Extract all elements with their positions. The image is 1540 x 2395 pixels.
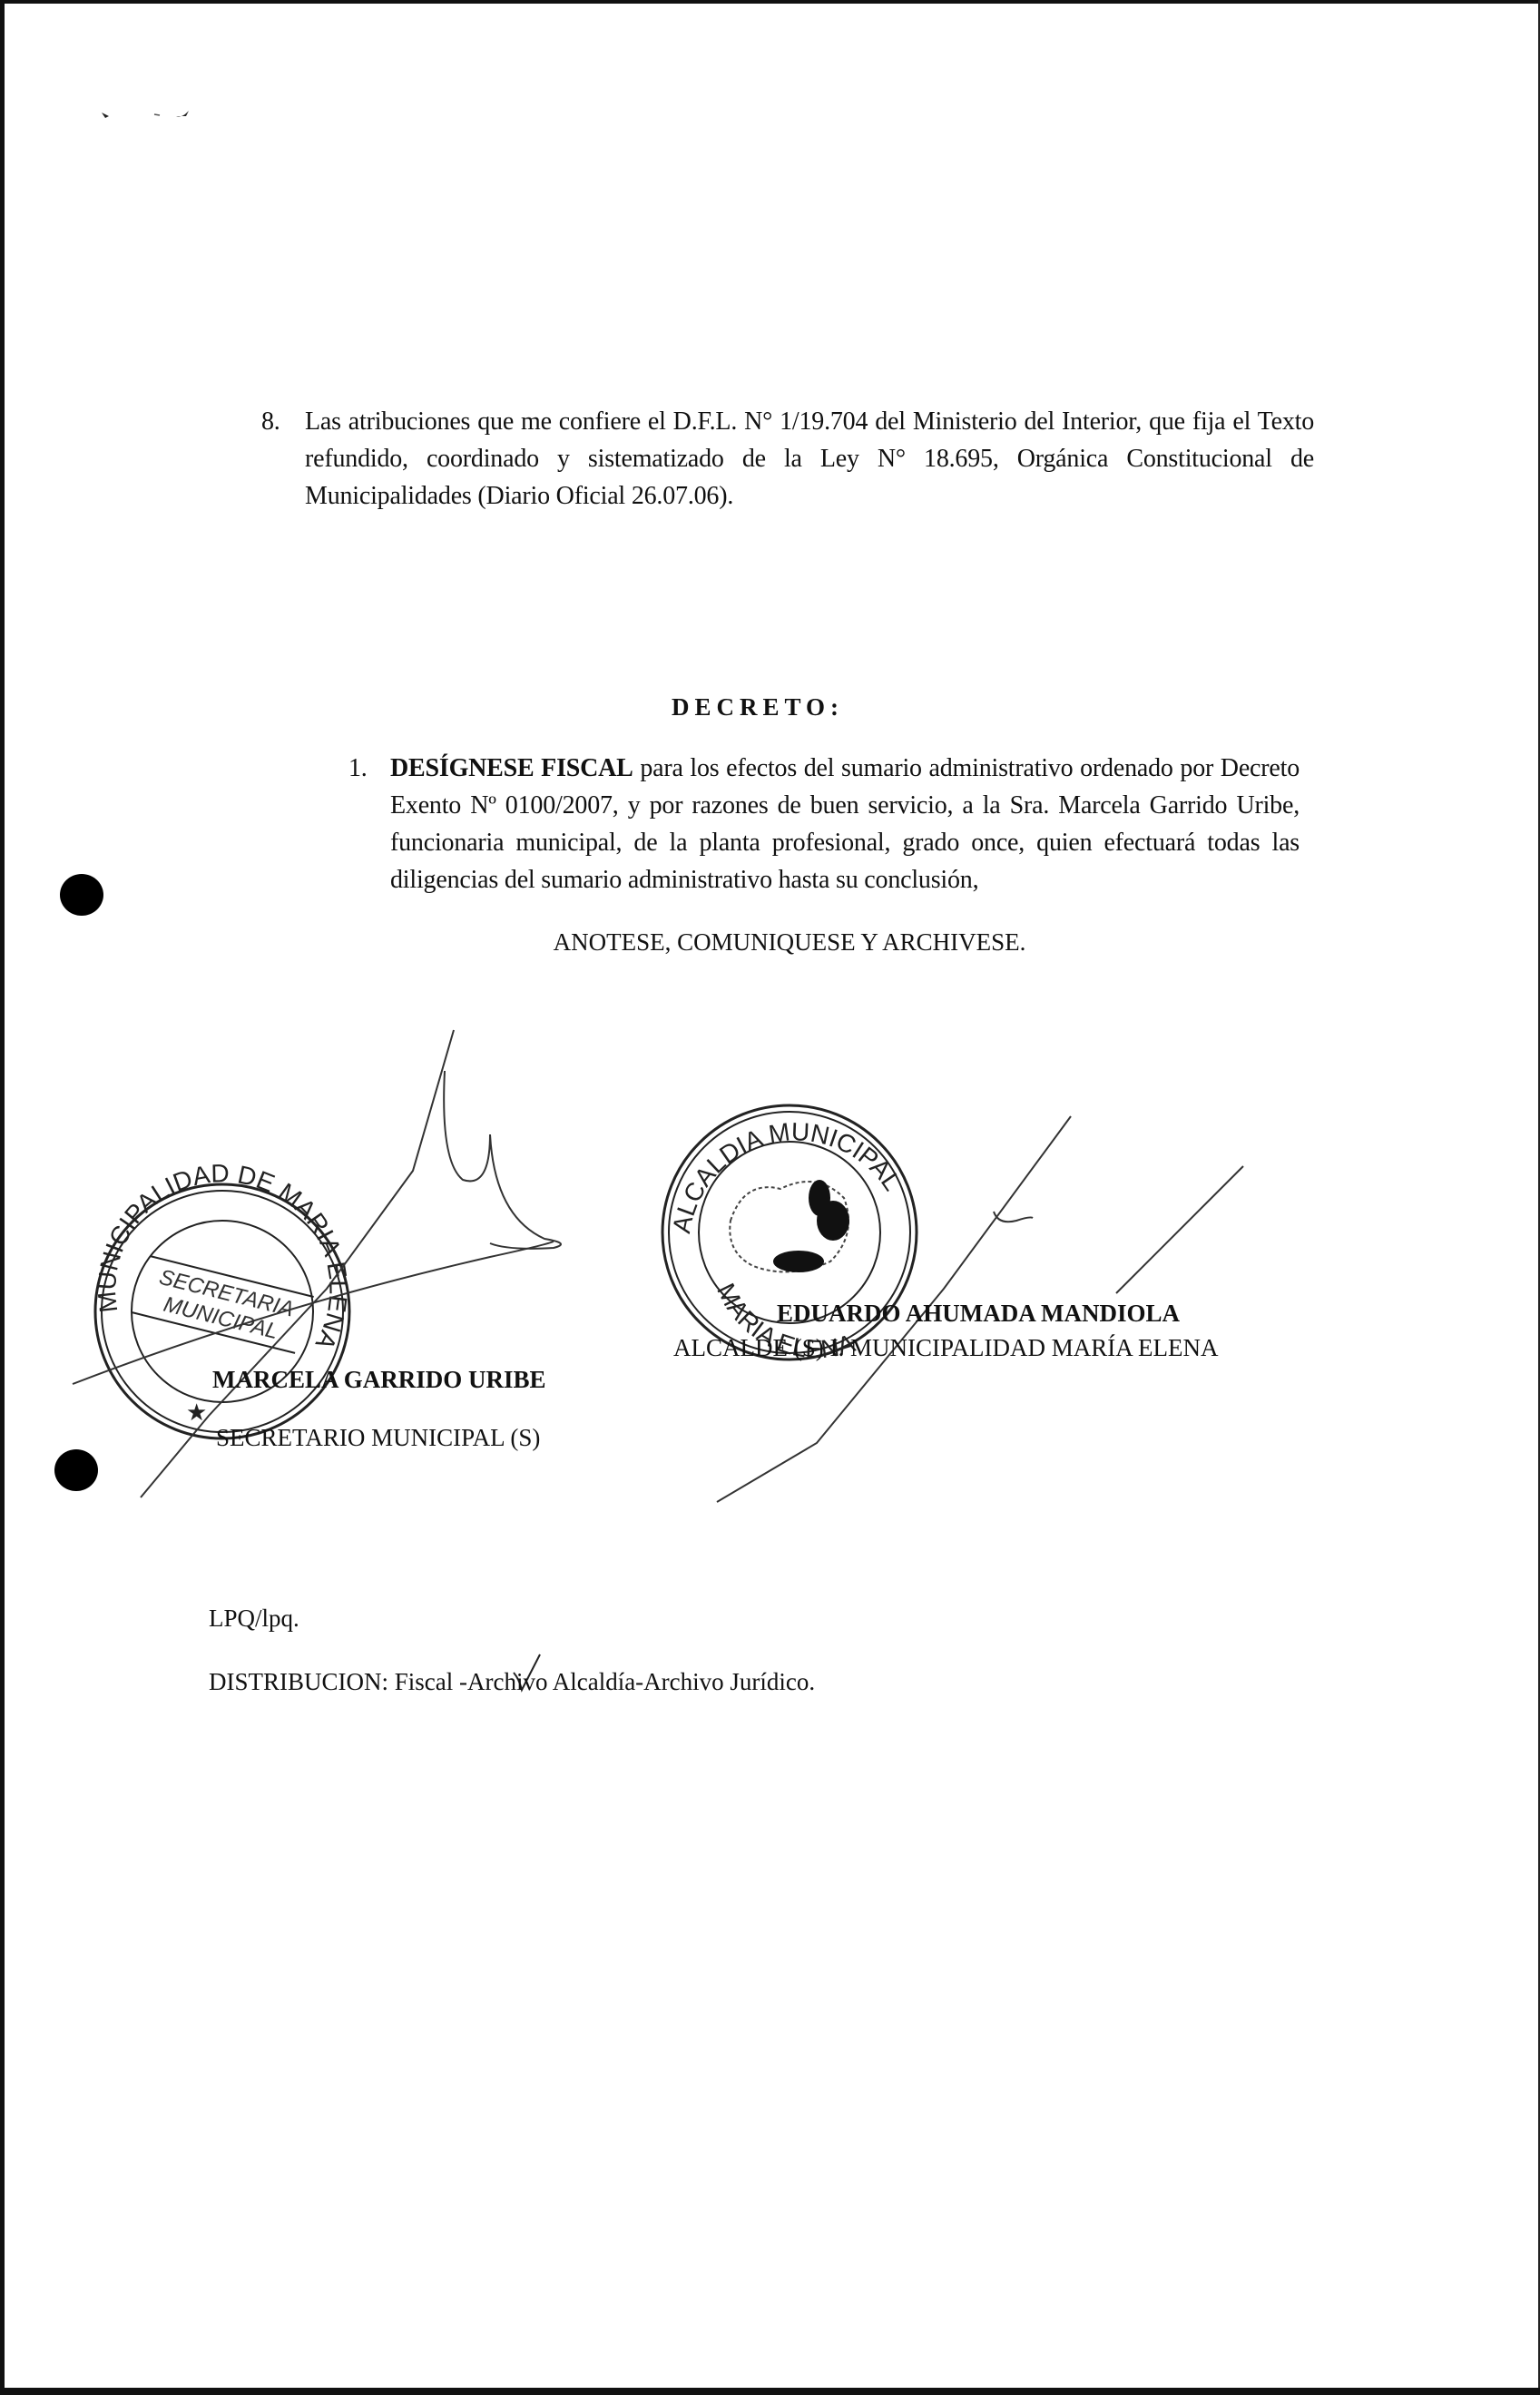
paragraph-1: 1. DESÍGNESE FISCAL para los efectos del…: [348, 750, 1300, 898]
punch-hole-bottom: [54, 1449, 98, 1491]
star-icon: ★: [186, 1399, 207, 1426]
punch-hole-top: [60, 874, 103, 916]
stamp-inner-line2: MUNICIPAL: [162, 1292, 281, 1344]
coat-of-arms-icon: [730, 1180, 849, 1272]
paragraph-1-lead: DESÍGNESE FISCAL: [390, 754, 633, 782]
stamp-top-text: ALCALDIA MUNICIPAL: [667, 1117, 907, 1235]
paragraph-8: 8. Las atribuciones que me confiere el D…: [261, 403, 1314, 515]
signatory-left-name: MARCELA GARRIDO URIBE: [212, 1366, 546, 1394]
distribution-list: DISTRIBUCION: Fiscal -Archivo Alcaldía-A…: [209, 1668, 815, 1696]
decreto-heading: DECRETO:: [544, 693, 971, 721]
paragraph-8-number: 8.: [261, 403, 280, 440]
secretaria-stamp: MUNICIPALIDAD DE MARIA ELENA SECRETARIA …: [93, 1159, 353, 1438]
paragraph-1-number: 1.: [348, 750, 368, 787]
stamps-and-signatures: MUNICIPALIDAD DE MARIA ELENA SECRETARIA …: [0, 0, 1540, 2395]
signatory-right-name: EDUARDO AHUMADA MANDIOLA: [777, 1300, 1180, 1328]
stamp-inner-line1: SECRETARIA: [157, 1265, 297, 1322]
stamp-outer-text: MUNICIPALIDAD DE MARIA ELENA: [93, 1159, 353, 1354]
scan-border-top: [0, 0, 1540, 4]
scan-specks: [100, 107, 200, 122]
scan-border-bottom: [0, 2388, 1540, 2395]
paragraph-1-body: DESÍGNESE FISCAL para los efectos del su…: [390, 750, 1300, 898]
signatory-left-title: SECRETARIO MUNICIPAL (S): [216, 1424, 540, 1452]
reference-initials: LPQ/lpq.: [209, 1605, 299, 1633]
paragraph-8-text: Las atribuciones que me confiere el D.F.…: [305, 403, 1314, 515]
signatory-right-title: ALCALDE (S) I. MUNICIPALIDAD MARÍA ELENA: [673, 1334, 1218, 1362]
scan-border-left: [0, 0, 5, 2395]
closing-formula: ANOTESE, COMUNIQUESE Y ARCHIVESE.: [508, 928, 1071, 957]
